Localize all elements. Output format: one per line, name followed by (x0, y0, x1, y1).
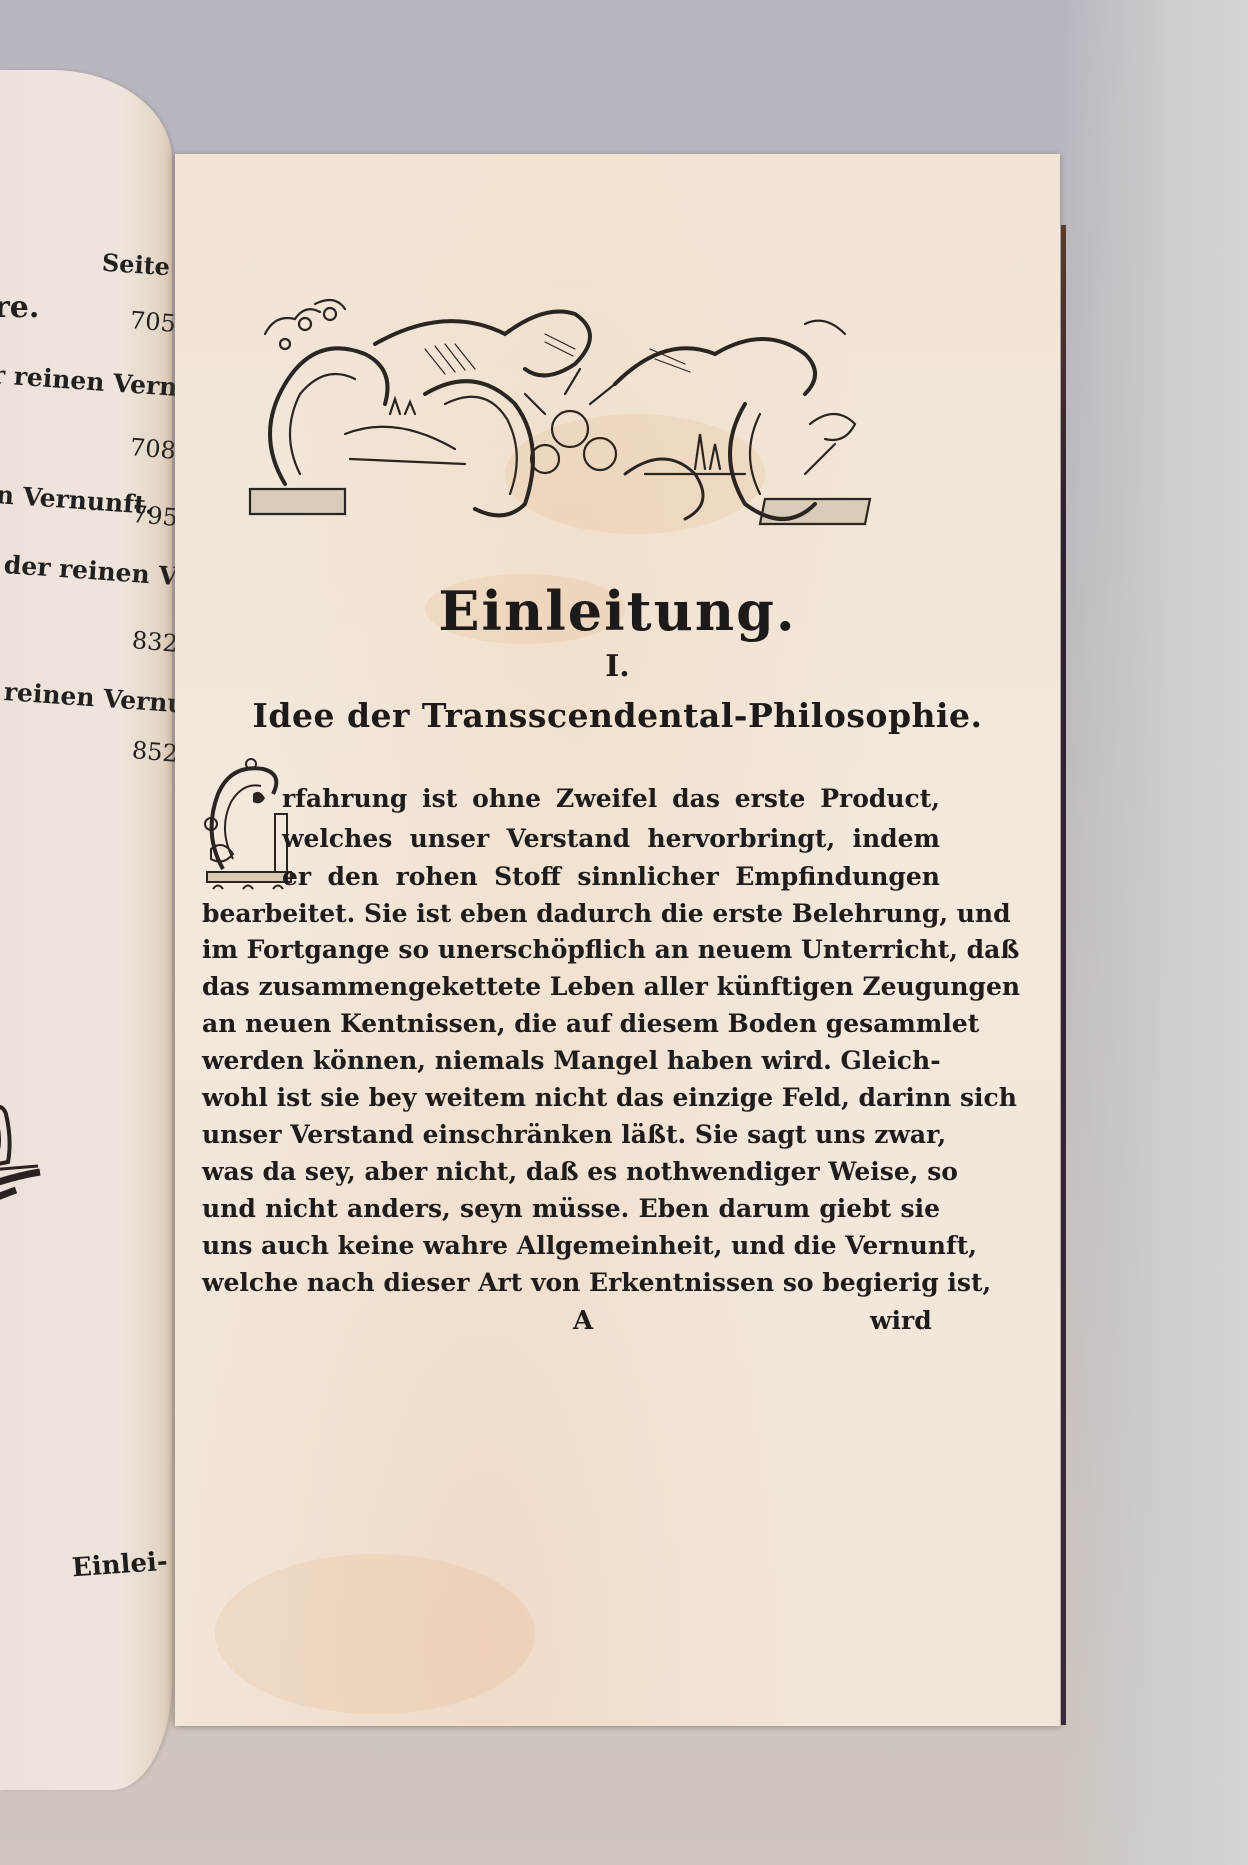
body-text-line: rfahrung ist ohne Zweifel das erste Prod… (282, 784, 940, 813)
backdrop (1060, 0, 1248, 1865)
toc-entry-text: re. (0, 290, 39, 325)
body-text-line: das zusammengekettete Leben aller künfti… (202, 972, 940, 1001)
foxing-stain (215, 1554, 535, 1714)
body-text-line: bearbeitet. Sie ist eben dadurch die ers… (202, 899, 940, 928)
signature-mark: A (573, 1306, 593, 1336)
body-text-line: was da sey, aber nicht, daß es nothwendi… (202, 1157, 940, 1186)
body-text-line: wohl ist sie bey weitem nicht das einzig… (202, 1083, 940, 1112)
book-cover-edge (1061, 225, 1066, 1725)
body-text-line: uns auch keine wahre Allgemeinheit, und … (202, 1231, 940, 1260)
page-title: Einleitung. (175, 579, 1060, 643)
left-catchword: Einlei- (71, 1547, 169, 1584)
rococo-headpiece-icon (245, 274, 875, 534)
toc-entry-page: 708 (129, 433, 177, 465)
body-text-line: er den rohen Stoff sinnlicher Empfindung… (282, 862, 940, 891)
toc-entry-page: 852 (131, 736, 179, 768)
left-page: Seite re. 705 r reinen Vernunft. 708 n V… (0, 70, 172, 1790)
body-text-line: im Fortgange so unerschöpflich an neuem … (202, 935, 940, 964)
section-number: I. (175, 649, 1060, 684)
toc-entry-page: 795 (131, 500, 179, 532)
body-text-line: an neuen Kentnissen, die auf diesem Bode… (202, 1009, 940, 1038)
body-text-line: unser Verstand einschränken läßt. Sie sa… (202, 1120, 940, 1149)
section-heading: Idee der Transscendental-Philosophie. (175, 696, 1060, 735)
body-text-line: werden können, niemals Mangel haben wird… (202, 1046, 940, 1075)
catchword: wird (870, 1306, 932, 1335)
body-text-line: und nicht anders, seyn müsse. Eben darum… (202, 1194, 940, 1223)
body-text-line: welche nach dieser Art von Erkentnissen … (202, 1268, 940, 1297)
toc-entry-page: 705 (129, 306, 177, 338)
body-text-line: welches unser Verstand hervorbringt, ind… (282, 824, 940, 853)
toc-entry-page: 832 (131, 626, 179, 658)
right-page: Einleitung. I. Idee der Transscendental-… (175, 154, 1060, 1726)
toc-seite-label: Seite (101, 248, 171, 282)
woodcut-fragment-icon (0, 1100, 45, 1220)
